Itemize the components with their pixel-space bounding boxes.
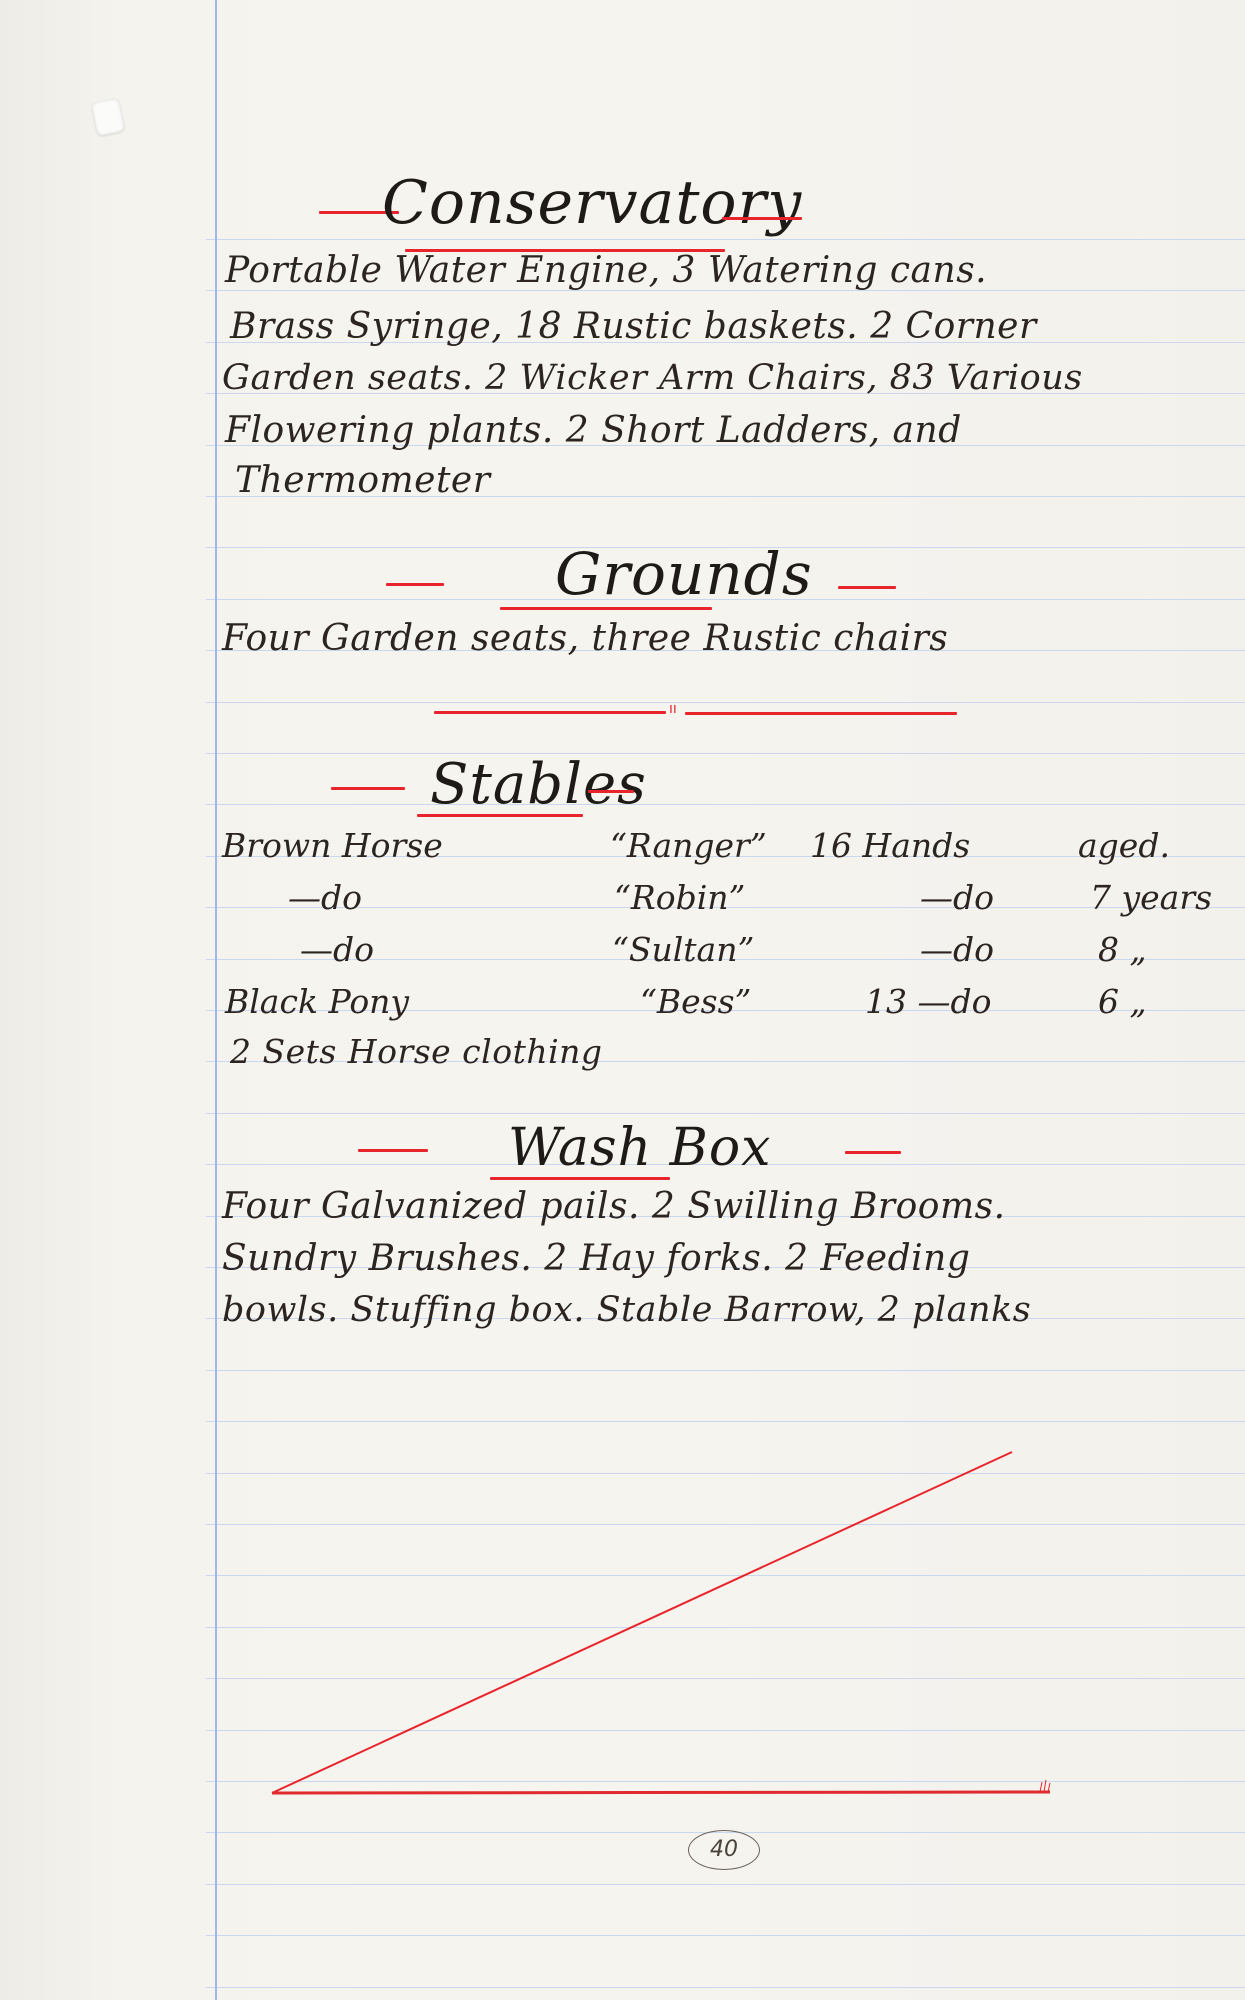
page-number: 40 [688,1830,760,1870]
base-line [272,1792,1050,1793]
diagonal-line [272,1452,1012,1793]
ledger-page: Conservatory Portable Water Engine, 3 Wa… [0,0,1245,2000]
cancellation-mark [0,0,1245,2000]
